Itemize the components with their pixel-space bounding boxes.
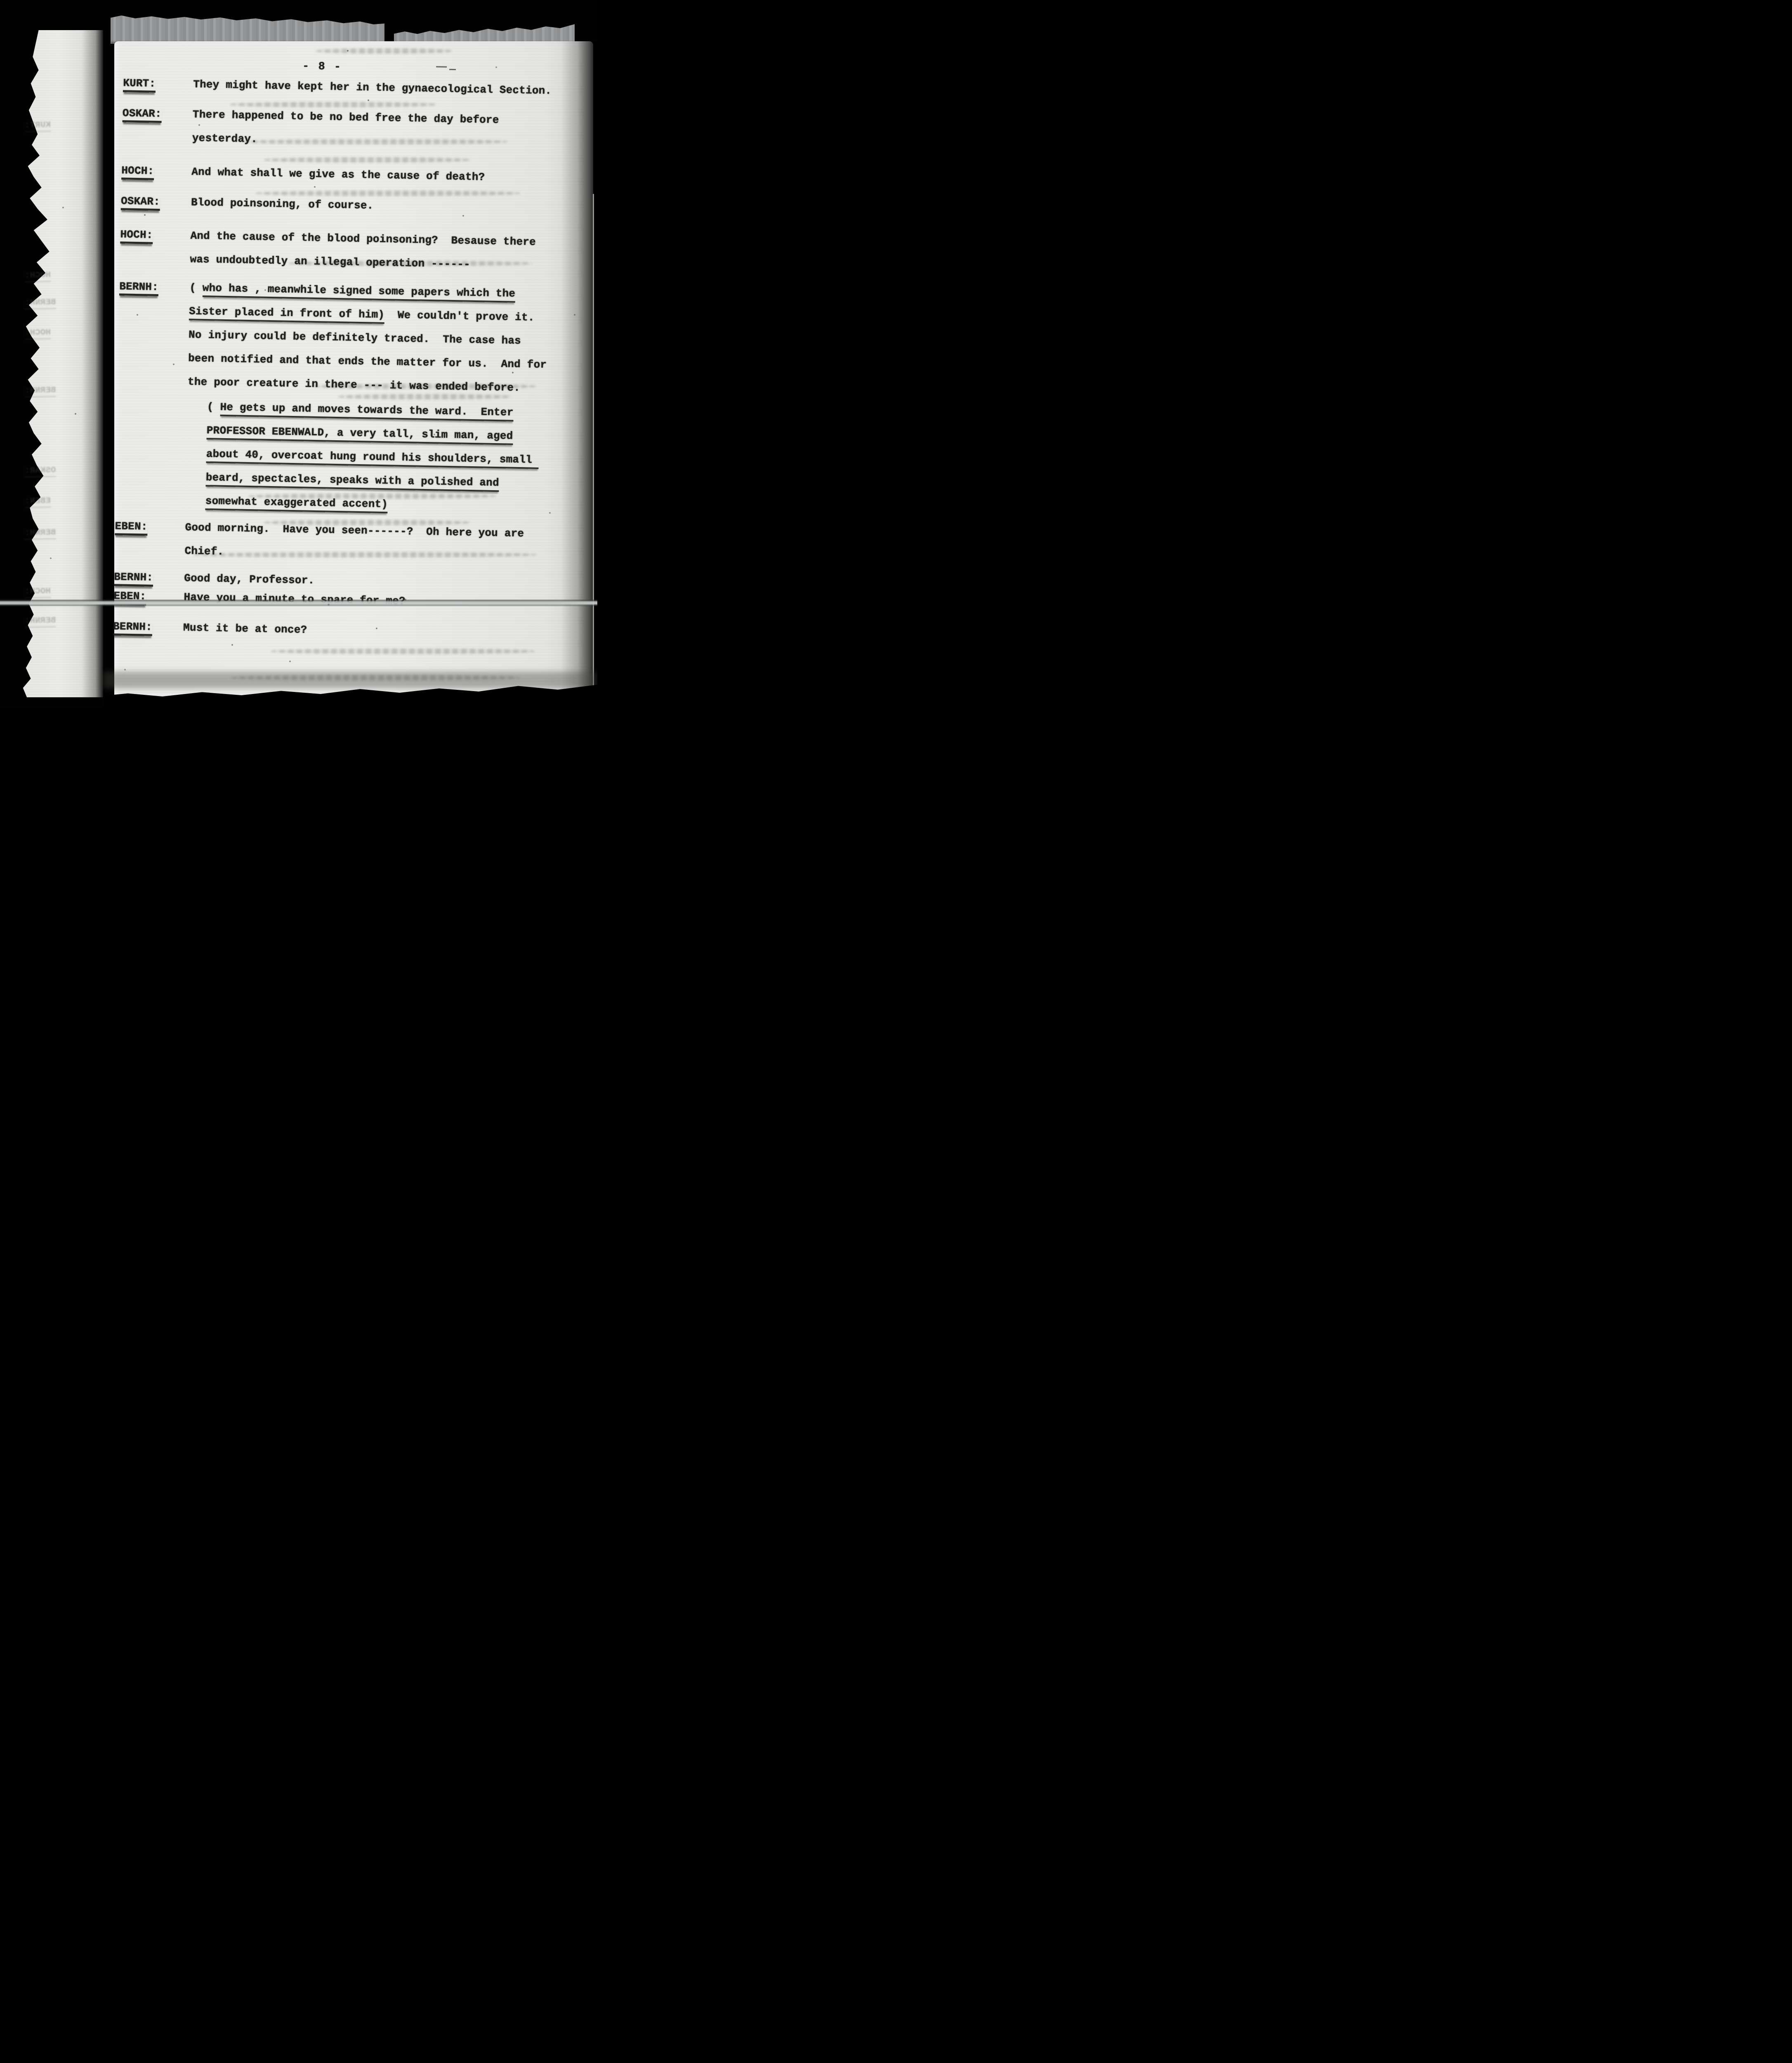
- dialogue-line: ( who has , meanwhile signed some papers…: [189, 281, 516, 300]
- typed-text: There happened to be no bed free the day…: [193, 108, 499, 126]
- typed-text: (: [207, 401, 220, 413]
- dialogue-line: And what shall we give as the cause of d…: [191, 165, 485, 183]
- underlined-text: beard, spectacles, speaks with a polishe…: [205, 471, 499, 492]
- dialogue-line: Good morning. Have you seen------? Oh he…: [185, 521, 524, 540]
- speaker-label-bernh: BERNH:: [114, 571, 153, 584]
- stage-direction-line: ( He gets up and moves towards the ward.…: [207, 401, 514, 419]
- film-scan-frame: KURT:HOCH:BERNH:HOCH:BERNH:OSKAR:EBEN:BE…: [0, 0, 597, 708]
- speaker-label-oskar: OSKAR:: [123, 107, 162, 120]
- dialogue-line: They might have kept her in the gynaecol…: [193, 78, 552, 97]
- underlined-text: PROFESSOR EBENWALD, a very tall, slim ma…: [207, 424, 513, 445]
- dialogue-line: been notified and that ends the matter f…: [188, 352, 547, 371]
- typed-text: And the cause of the blood poinsoning? B…: [190, 229, 536, 248]
- typed-text: yesterday.: [192, 132, 258, 145]
- typed-text: Good morning. Have you seen------? Oh he…: [185, 521, 524, 540]
- typed-text: They might have kept her in the gynaecol…: [193, 78, 552, 97]
- adjacent-page-edge-line: [593, 194, 594, 693]
- dialogue-line: No injury could be definitely traced. Th…: [189, 328, 521, 347]
- underlined-text: He gets up and moves towards the ward. E…: [220, 401, 514, 422]
- stage-direction-line: beard, spectacles, speaks with a polishe…: [206, 471, 500, 489]
- typed-text: Must it be at once?: [183, 621, 307, 636]
- underlined-text: Sister placed in front of him): [189, 305, 385, 324]
- speaker-label-bernh: BERNH:: [119, 280, 158, 293]
- dialogue-line: Good day, Professor.: [184, 572, 315, 587]
- typed-text: Chief.: [184, 545, 224, 558]
- dialogue-line: Sister placed in front of him) We couldn…: [189, 305, 535, 323]
- typed-text: Blood poinsoning, of course.: [191, 196, 374, 212]
- stage-direction-line: about 40, overcoat hung round his should…: [206, 448, 539, 466]
- dialogue-line: was undoubtedly an illegal operation ---…: [190, 253, 470, 270]
- typed-text: the poor creature in there --- it was en…: [188, 375, 520, 394]
- stage-direction-line: PROFESSOR EBENWALD, a very tall, slim ma…: [207, 424, 513, 442]
- dialogue-line: yesterday.: [192, 132, 258, 145]
- typed-text: We couldn't prove it.: [384, 309, 535, 324]
- speaker-label-eben: EBEN:: [115, 520, 148, 533]
- speaker-label-hoch: HOCH:: [121, 164, 154, 177]
- dialogue-line: There happened to be no bed free the day…: [193, 108, 499, 126]
- underlined-text: about 40, overcoat hung round his should…: [206, 448, 538, 469]
- dialogue-line: And the cause of the blood poinsoning? B…: [190, 229, 536, 248]
- speaker-label-oskar: OSKAR:: [121, 195, 160, 208]
- stage-direction-line: somewhat exaggerated accent): [205, 495, 388, 510]
- page-number: - 8 -: [302, 60, 342, 73]
- typed-text: Good day, Professor.: [184, 572, 315, 587]
- typed-text: was undoubtedly an illegal operation ---…: [190, 253, 470, 270]
- typed-text: (: [189, 281, 203, 294]
- dialogue-line: Must it be at once?: [183, 621, 307, 636]
- dialogue-line: the poor creature in there --- it was en…: [188, 375, 520, 394]
- typed-text: been notified and that ends the matter f…: [188, 352, 547, 371]
- typed-text: No injury could be definitely traced. Th…: [189, 328, 521, 347]
- stray-mark: [449, 69, 456, 70]
- speaker-label-kurt: KURT:: [123, 77, 156, 90]
- horizontal-scan-groove: [0, 599, 597, 607]
- underlined-text: who has , meanwhile signed some papers w…: [202, 282, 515, 303]
- dialogue-line: Chief.: [184, 545, 224, 558]
- dialogue-line: Blood poinsoning, of course.: [191, 196, 374, 212]
- underlined-text: somewhat exaggerated accent): [205, 495, 388, 513]
- typed-text: And what shall we give as the cause of d…: [191, 165, 485, 183]
- right-edge-shadow: [561, 41, 597, 708]
- stray-mark: [436, 66, 447, 67]
- speaker-label-bernh: BERNH:: [113, 620, 152, 633]
- bottom-edge-smear: [103, 672, 597, 688]
- dust-specks: [0, 0, 1, 1]
- speaker-label-hoch: HOCH:: [120, 228, 153, 241]
